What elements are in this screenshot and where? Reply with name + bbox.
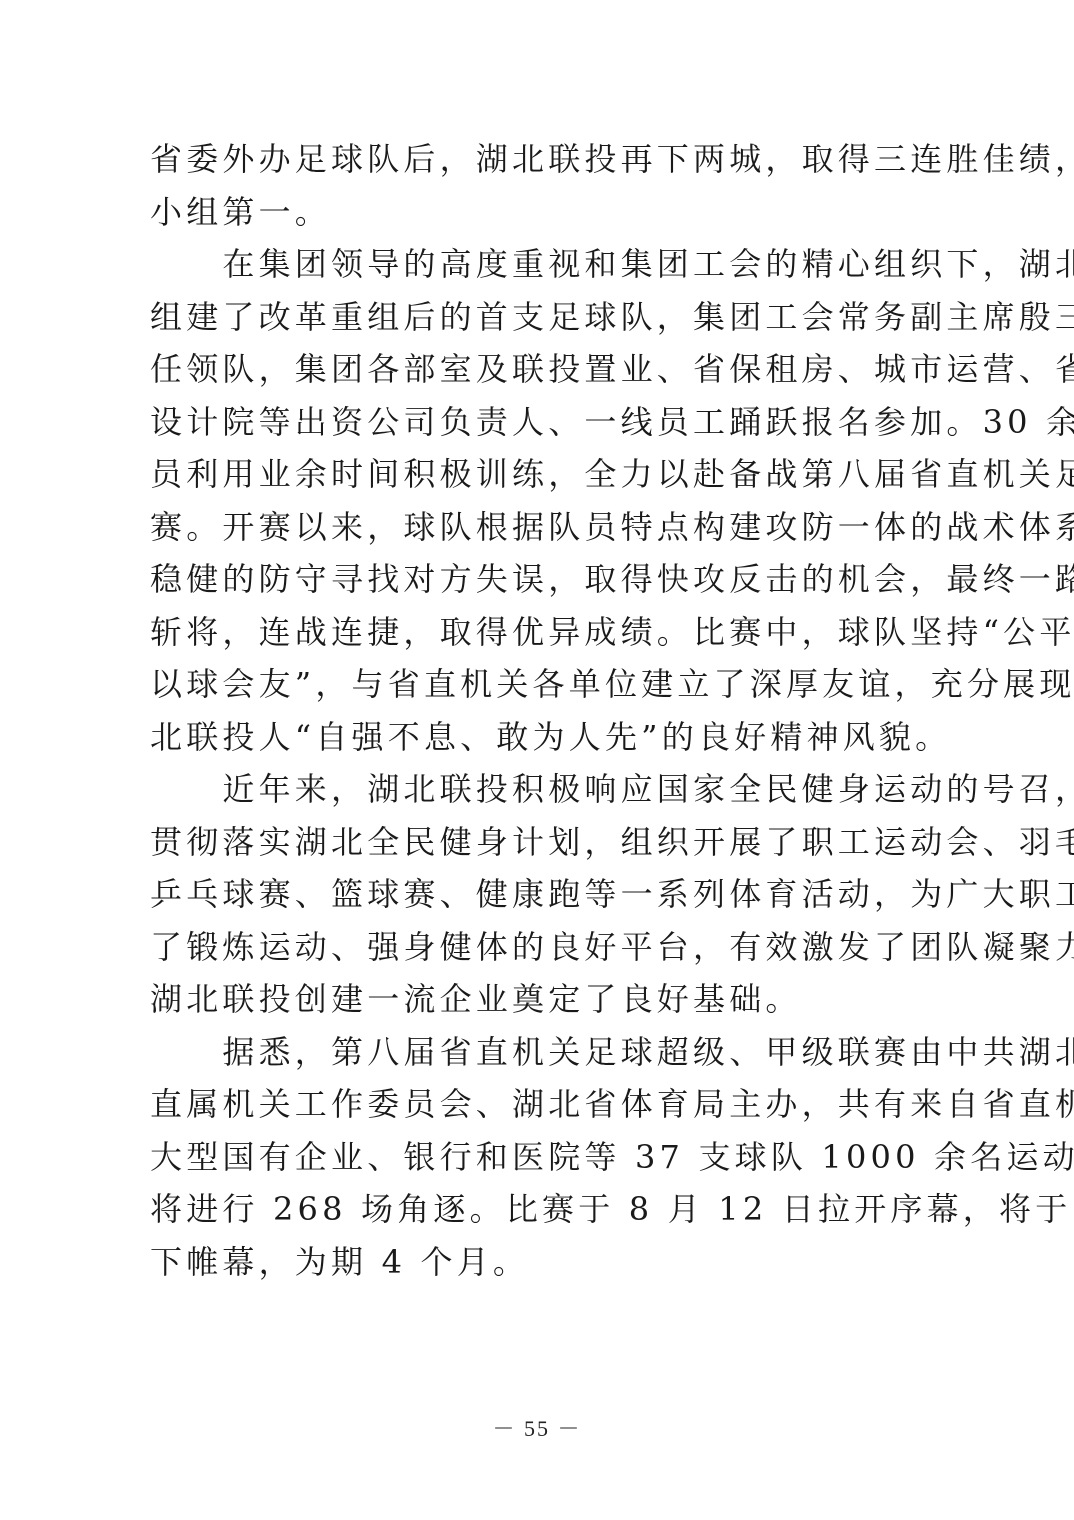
paragraph: 在集团领导的高度重视和集团工会的精心组织下，湖北联投 组建了改革重组后的首支足球… <box>150 238 926 763</box>
text-line: 直属机关工作委员会、湖北省体育局主办，共有来自省直机关、 <box>150 1078 926 1131</box>
text-line: 在集团领导的高度重视和集团工会的精心组织下，湖北联投 <box>150 238 926 291</box>
page-number: － 55 － <box>0 1412 1074 1443</box>
text-line: 大型国有企业、银行和医院等 37 支球队 1000 余名运动员参赛， <box>150 1131 926 1184</box>
document-body: 省委外办足球队后，湖北联投再下两城，取得三连胜佳绩，并列 小组第一。 在集团领导… <box>150 133 926 1288</box>
text-line: 北联投人“自强不息、敢为人先”的良好精神风貌。 <box>150 711 926 764</box>
text-line: 设计院等出资公司负责人、一线员工踊跃报名参加。30 余名运动 <box>150 396 926 449</box>
text-line: 将进行 268 场角逐。比赛于 8 月 12 日拉开序幕，将于 11 月底落 <box>150 1183 926 1236</box>
paragraph: 近年来，湖北联投积极响应国家全民健身运动的号召，认真 贯彻落实湖北全民健身计划，… <box>150 763 926 1026</box>
text-line: 组建了改革重组后的首支足球队，集团工会常务副主席殷三平担 <box>150 291 926 344</box>
text-line: 以球会友”，与省直机关各单位建立了深厚友谊，充分展现了湖 <box>150 658 926 711</box>
text-line: 下帷幕，为期 4 个月。 <box>150 1236 926 1289</box>
text-line: 斩将，连战连捷，取得优异成绩。比赛中，球队坚持“公平竞赛、 <box>150 606 926 659</box>
text-line: 员利用业余时间积极训练，全力以赴备战第八届省直机关足球联 <box>150 448 926 501</box>
text-line: 任领队，集团各部室及联投置业、省保租房、城市运营、省建筑 <box>150 343 926 396</box>
paragraph: 据悉，第八届省直机关足球超级、甲级联赛由中共湖北省委 直属机关工作委员会、湖北省… <box>150 1026 926 1289</box>
text-line: 湖北联投创建一流企业奠定了良好基础。 <box>150 973 926 1026</box>
paragraph: 省委外办足球队后，湖北联投再下两城，取得三连胜佳绩，并列 小组第一。 <box>150 133 926 238</box>
text-line: 赛。开赛以来，球队根据队员特点构建攻防一体的战术体系，以 <box>150 501 926 554</box>
text-line: 乒乓球赛、篮球赛、健康跑等一系列体育活动，为广大职工搭建 <box>150 868 926 921</box>
text-line: 了锻炼运动、强身健体的良好平台，有效激发了团队凝聚力，为 <box>150 921 926 974</box>
text-line: 小组第一。 <box>150 186 926 239</box>
text-line: 据悉，第八届省直机关足球超级、甲级联赛由中共湖北省委 <box>150 1026 926 1079</box>
text-line: 贯彻落实湖北全民健身计划，组织开展了职工运动会、羽毛球赛、 <box>150 816 926 869</box>
text-line: 近年来，湖北联投积极响应国家全民健身运动的号召，认真 <box>150 763 926 816</box>
text-line: 稳健的防守寻找对方失误，取得快攻反击的机会，最终一路过关 <box>150 553 926 606</box>
text-line: 省委外办足球队后，湖北联投再下两城，取得三连胜佳绩，并列 <box>150 133 926 186</box>
